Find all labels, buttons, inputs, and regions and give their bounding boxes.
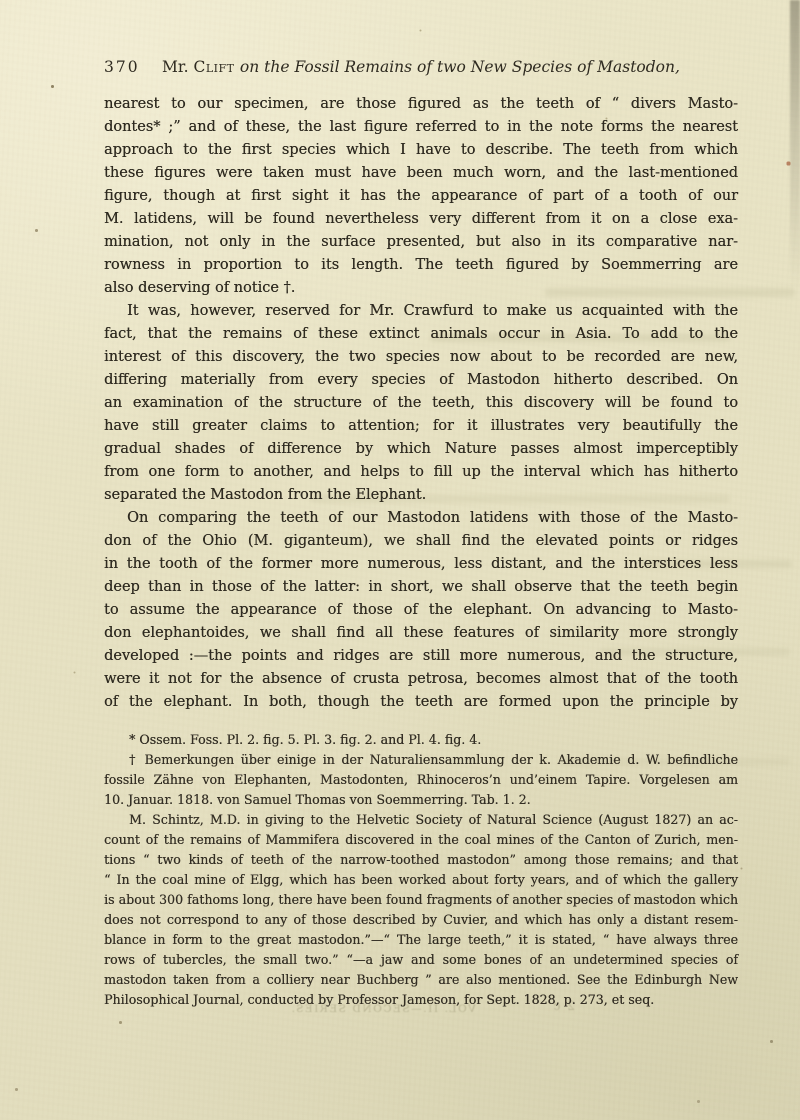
footnotes: * Ossem. Foss. Pl. 2. fig. 5. Pl. 3. fig… xyxy=(104,730,738,1010)
author-honorific: Mr. xyxy=(162,58,189,76)
scanned-book-page: VOL. II.—SECOND SERIES. 2 c 370 Mr. Clif… xyxy=(0,0,800,1120)
text-line: deep than in those of the latter: in sho… xyxy=(104,576,738,599)
footnote-line: rows of tubercles, the small two.” “—a j… xyxy=(104,950,738,970)
footnote-line: fossile Zähne von Elephanten, Mastodonte… xyxy=(104,770,738,790)
text-line: rowness in proportion to its length. The… xyxy=(104,254,738,277)
text-line: On comparing the teeth of our Mastodon l… xyxy=(104,507,738,530)
footnote-line: “ In the coal mine of Elgg, which has be… xyxy=(104,870,738,890)
text-line: don elephantoides, we shall find all the… xyxy=(104,622,738,645)
text-line: dontes* ;” and of these, the last figure… xyxy=(104,116,738,139)
text-line: were it not for the absence of crusta pe… xyxy=(104,668,738,691)
text-line: nearest to our specimen, are those figur… xyxy=(104,93,738,116)
text-line: an examination of the structure of the t… xyxy=(104,392,738,415)
text-line: fact, that the remains of these extinct … xyxy=(104,323,738,346)
text-line: don of the Ohio (M. giganteum), we shall… xyxy=(104,530,738,553)
body-text: nearest to our specimen, are those figur… xyxy=(104,93,738,714)
footnote-line: mastodon taken from a colliery near Buch… xyxy=(104,970,738,990)
text-line: of the elephant. In both, though the tee… xyxy=(104,691,738,714)
footnote-line: tions “ two kinds of teeth of the narrow… xyxy=(104,850,738,870)
text-line: these figures were taken must have been … xyxy=(104,162,738,185)
footnote-line: M. Schintz, M.D. in giving to the Helvet… xyxy=(104,810,738,830)
page-edge-shadow xyxy=(790,0,800,320)
text-line: mination, not only in the surface presen… xyxy=(104,231,738,254)
footnote-line: † Bemerkungen über einige in der Natural… xyxy=(104,750,738,770)
footnote-line: * Ossem. Foss. Pl. 2. fig. 5. Pl. 3. fig… xyxy=(104,730,738,750)
footnote-line: count of the remains of Mammifera discov… xyxy=(104,830,738,850)
text-line: gradual shades of difference by which Na… xyxy=(104,438,738,461)
running-header: 370 Mr. Clifton the Fossil Remains of tw… xyxy=(104,58,738,80)
footnote-line: is about 300 fathoms long, there have be… xyxy=(104,890,738,910)
footnote-line: Philosophical Journal, conducted by Prof… xyxy=(104,990,738,1010)
running-title-text: on the Fossil Remains of two New Species… xyxy=(240,58,680,76)
text-line: have still greater claims to attention; … xyxy=(104,415,738,438)
text-line: developed :—the points and ridges are st… xyxy=(104,645,738,668)
text-line: figure, though at first sight it has the… xyxy=(104,185,738,208)
footnote-line: 10. Januar. 1818. von Samuel Thomas von … xyxy=(104,790,738,810)
text-line: M. latidens, will be found nevertheless … xyxy=(104,208,738,231)
text-line: differing materially from every species … xyxy=(104,369,738,392)
text-line: approach to the first species which I ha… xyxy=(104,139,738,162)
text-line: It was, however, reserved for Mr. Crawfu… xyxy=(104,300,738,323)
footnote-line: does not correspond to any of those desc… xyxy=(104,910,738,930)
author-name: Clift xyxy=(194,58,235,76)
foxing-specks xyxy=(0,0,1,1)
page-number: 370 xyxy=(104,58,140,76)
text-line: interest of this discovery, the two spec… xyxy=(104,346,738,369)
text-line: also deserving of notice †. xyxy=(104,277,738,300)
running-title: Mr. Clifton the Fossil Remains of two Ne… xyxy=(104,58,738,76)
footnote-line: blance in form to the great mastodon.”—“… xyxy=(104,930,738,950)
text-line: separated the Mastodon from the Elephant… xyxy=(104,484,738,507)
text-line: to assume the appearance of those of the… xyxy=(104,599,738,622)
text-line: in the tooth of the former more numerous… xyxy=(104,553,738,576)
text-line: from one form to another, and helps to f… xyxy=(104,461,738,484)
